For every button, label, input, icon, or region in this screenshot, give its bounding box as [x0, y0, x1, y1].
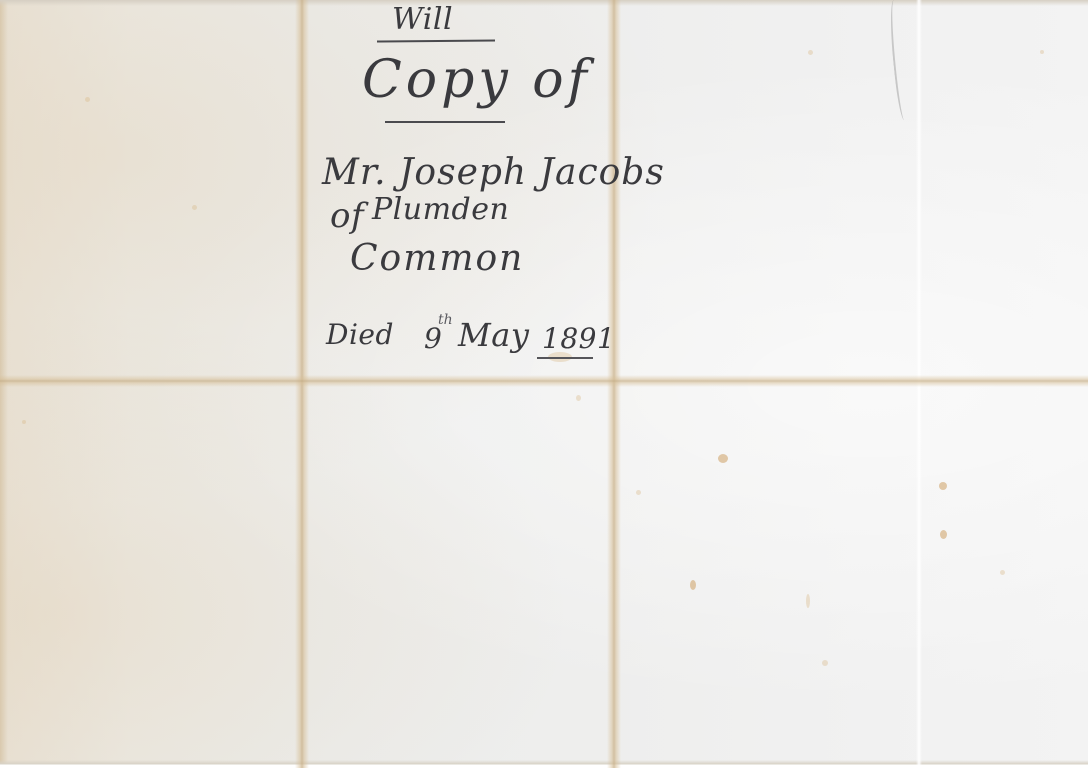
subheading-copy-of: Copy of — [362, 50, 591, 110]
place-name-common: Common — [350, 238, 524, 279]
foxing-stain — [939, 482, 947, 490]
foxing-stain — [576, 395, 581, 401]
foxing-stain — [1040, 50, 1044, 54]
death-day-suffix: th — [438, 312, 453, 328]
of-word: of — [330, 196, 364, 236]
testator-name: Mr. Joseph Jacobs — [322, 152, 665, 193]
foxing-stain — [85, 97, 90, 102]
foxing-stain — [22, 420, 26, 424]
foxing-stain — [718, 454, 728, 463]
document-sheet: Will Copy of Mr. Joseph Jacobs of Plumde… — [0, 0, 1088, 768]
foxing-stain — [940, 530, 947, 539]
foxing-stain — [636, 490, 641, 495]
heading-underline — [377, 39, 495, 42]
paper-crease — [887, 0, 912, 120]
died-label: Died — [326, 318, 394, 351]
foxing-stain — [806, 594, 810, 608]
heading-will: Will — [392, 2, 453, 39]
place-name: Plumden — [372, 192, 509, 227]
foxing-stain — [690, 580, 696, 590]
death-year: 1891 — [542, 322, 615, 355]
year-underline — [537, 357, 593, 359]
paper-edge-top — [0, 0, 1088, 6]
death-month: May — [458, 316, 529, 354]
foxing-stain — [192, 205, 197, 210]
subheading-underline — [385, 121, 505, 123]
foxing-stain — [822, 660, 828, 666]
foxing-stain — [1000, 570, 1005, 575]
horizontal-fold — [0, 375, 1088, 387]
foxing-stain — [808, 50, 813, 55]
paper-edge-bottom — [0, 760, 1088, 768]
